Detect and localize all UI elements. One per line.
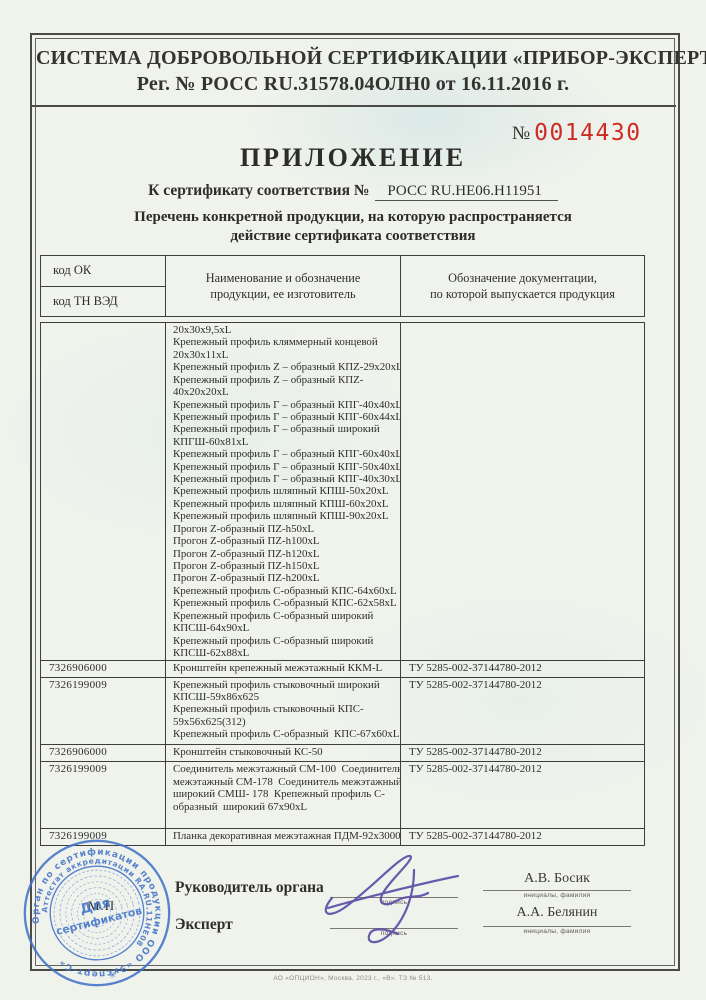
- expert-name: А.А. Белянин: [483, 905, 631, 921]
- certificate-reference: К сертификату соответствия №РОСС RU.НЕ06…: [36, 182, 670, 200]
- table-row: 7326199009 Крепежный профиль стыковочный…: [41, 677, 644, 745]
- row-doc: ТУ 5285-002-37144780-2012: [401, 762, 644, 828]
- signature-ink-icon: [318, 846, 478, 954]
- expert-label: Эксперт: [175, 916, 233, 934]
- expert-name-line: [483, 926, 631, 927]
- certificate-reference-number: РОСС RU.НЕ06.Н11951: [375, 183, 557, 201]
- row-doc: ТУ 5285-002-37144780-2012: [401, 678, 644, 745]
- row-code: 7326199009: [41, 678, 166, 745]
- certification-system-header: СИСТЕМА ДОБРОВОЛЬНОЙ СЕРТИФИКАЦИИ «ПРИБО…: [36, 45, 670, 97]
- products-table-header: код ОК код ТН ВЭД Наименование и обознач…: [40, 255, 645, 317]
- table-row: 7326906000 Кронштейн крепежный межэтажны…: [41, 660, 644, 677]
- table-row: 7326906000 Кронштейн стыковочный КС-50 Т…: [41, 744, 644, 761]
- table-row: 20х30х9,5хL Крепежный профиль кляммерный…: [41, 323, 644, 660]
- head-name-caption: инициалы, фамилия: [483, 892, 631, 899]
- system-registration: Рег. № РОСС RU.31578.04ОЛН0 от 16.11.201…: [36, 71, 670, 97]
- appendix-description: Перечень конкретной продукции, на котору…: [36, 208, 670, 246]
- head-name-line: [483, 890, 631, 891]
- page-title: ПРИЛОЖЕНИЕ: [36, 143, 670, 173]
- row-doc: ТУ 5285-002-37144780-2012: [401, 829, 644, 845]
- number-sign: №: [512, 123, 530, 144]
- table-row: 7326199009 Соединитель межэтажный СМ-100…: [41, 761, 644, 828]
- row-products: Крепежный профиль стыковочный широкий КП…: [166, 678, 401, 745]
- row-code: [41, 323, 166, 660]
- row-doc: [401, 323, 644, 660]
- row-code: 7326199009: [41, 762, 166, 828]
- certificate-appendix-page: СИСТЕМА ДОБРОВОЛЬНОЙ СЕРТИФИКАЦИИ «ПРИБО…: [0, 0, 706, 1000]
- products-table-body: 20х30х9,5хL Крепежный профиль кляммерный…: [40, 322, 645, 846]
- header-separator-line: [30, 105, 676, 107]
- code-column-header: код ОК код ТН ВЭД: [41, 256, 166, 316]
- expert-name-caption: инициалы, фамилия: [483, 928, 631, 935]
- tnved-code-header: код ТН ВЭД: [41, 287, 165, 317]
- system-name: СИСТЕМА ДОБРОВОЛЬНОЙ СЕРТИФИКАЦИИ «ПРИБО…: [36, 45, 670, 71]
- row-products: Планка декоративная межэтажная ПДМ-92х30…: [166, 829, 401, 845]
- documentation-header: Обозначение документации, по которой вып…: [401, 256, 644, 316]
- ok-code-header: код ОК: [41, 256, 165, 287]
- head-name: А.В. Босик: [483, 871, 631, 887]
- head-of-body-label: Руководитель органа: [175, 879, 324, 897]
- row-products: Кронштейн крепежный межэтажный ККМ-L: [166, 661, 401, 677]
- row-code: 7326906000: [41, 661, 166, 677]
- row-doc: ТУ 5285-002-37144780-2012: [401, 661, 644, 677]
- row-products: Кронштейн стыковочный КС-50: [166, 745, 401, 761]
- product-name-header: Наименование и обозначение продукции, ее…: [166, 256, 401, 316]
- row-code: 7326906000: [41, 745, 166, 761]
- row-products: 20х30х9,5хL Крепежный профиль кляммерный…: [166, 323, 401, 660]
- certificate-reference-label: К сертификату соответствия №: [148, 182, 369, 199]
- row-doc: ТУ 5285-002-37144780-2012: [401, 745, 644, 761]
- row-products: Соединитель межэтажный СМ-100 Соединител…: [166, 762, 401, 828]
